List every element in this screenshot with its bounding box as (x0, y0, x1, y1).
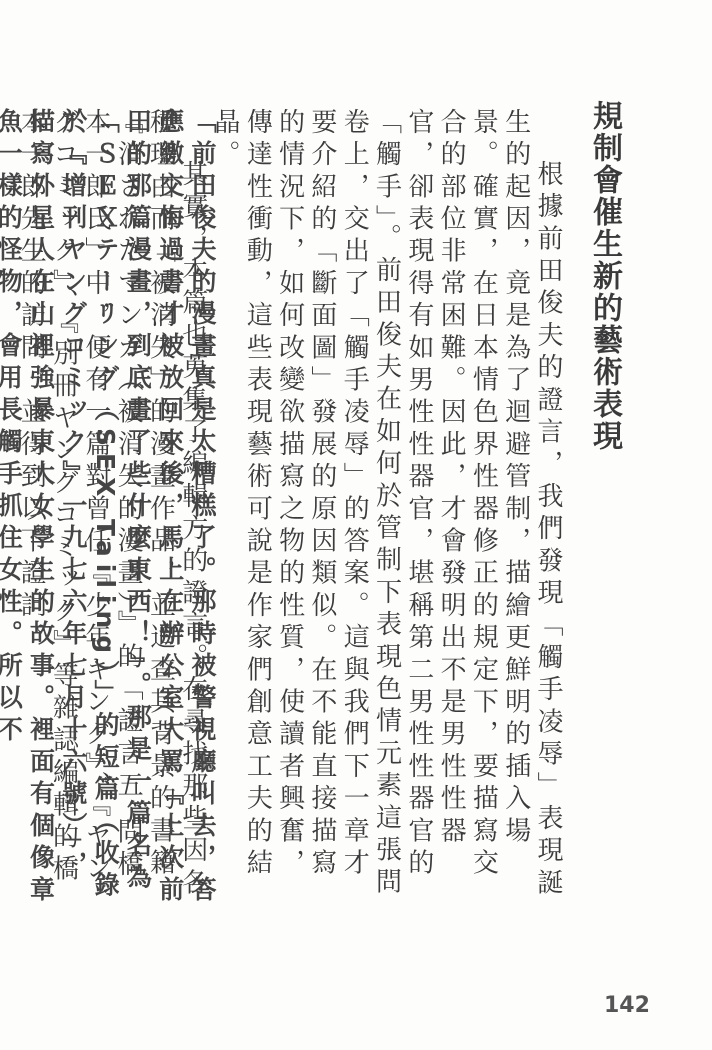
book-page: 規制會催生新的藝術表現 根據前田俊夫的證言，我們發現「觸手凌辱」表現誕生的起因，… (0, 0, 712, 1050)
quoted-testimony: 「前田俊夫的漫畫真是太糟糕了。那時被警視廳叫去，答應繳交悔過書才被放回來後，馬上… (86, 108, 218, 908)
section-heading: 規制會催生新的藝術表現 (584, 100, 624, 460)
page-number: 142 (604, 993, 650, 1018)
quote-text: 「前田俊夫的漫畫真是太糟糕了。那時被警視廳叫去，答應繳交悔過書才被放回來後，馬上… (0, 108, 218, 908)
paragraph-1: 根據前田俊夫的證言，我們發現「觸手凌辱」表現誕生的起因，竟是為了迴避管制，描繪更… (209, 108, 564, 908)
body-text: 根據前田俊夫的證言，我們發現「觸手凌辱」表現誕生的起因，竟是為了迴避管制，描繪更… (246, 108, 564, 908)
